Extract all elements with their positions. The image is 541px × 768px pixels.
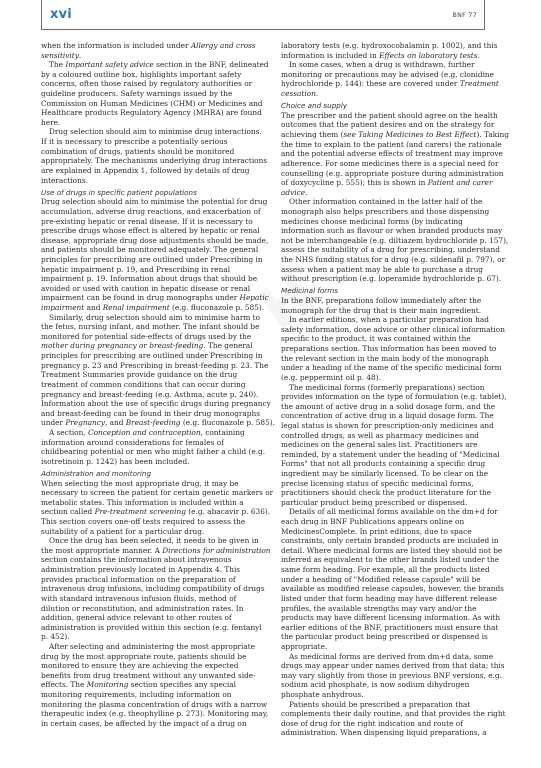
text-line: monograph for the drug that is their mai… <box>281 306 511 316</box>
text-line: medicines choose medicinal forms (by ind… <box>281 217 511 227</box>
text-line: addition, general advice relevant to oth… <box>41 613 271 623</box>
text-line: same form heading. For example, all the … <box>281 565 511 575</box>
page-header: xvi BNF 77 <box>41 0 485 30</box>
text-line: benefits from drug treatment without any… <box>41 671 271 681</box>
text-line: disease, appropriate drug dose adjustmen… <box>41 236 271 246</box>
text-line: earlier editions of the BNF, practitione… <box>281 623 511 633</box>
text-line: drug by the most appropriate route, pati… <box>41 652 271 662</box>
text-line: provides information on the type of form… <box>281 392 511 402</box>
text-line: particular product being prescribed or d… <box>281 498 511 508</box>
text-line: childbearing potential or men who might … <box>41 447 271 457</box>
text-line: the particular product being prescribed … <box>281 632 511 642</box>
text-line: After selecting and administering the mo… <box>41 642 271 652</box>
text-line: monitoring or precautions may be advised… <box>281 70 511 80</box>
text-line: therapeutic index (e.g. theophylline p. … <box>41 709 271 719</box>
text-line: with standard intravenous infusion fluid… <box>41 594 271 604</box>
text-line: complements their daily routine, and tha… <box>281 709 511 719</box>
text-line: under a heading of "Modified release cap… <box>281 575 511 585</box>
text-line: Treatment Summaries provide guidance on … <box>41 370 271 380</box>
left-column: when the information is included under A… <box>41 41 271 728</box>
text-line: reminded, by a statement under the headi… <box>281 450 511 460</box>
text-line: sensitivity. <box>41 51 271 61</box>
text-line: hydrochloride p. 144): these are covered… <box>281 79 511 89</box>
text-line: The prescriber and the patient should ag… <box>281 111 511 121</box>
text-line: drugs may appear under names derived fro… <box>281 661 511 671</box>
text-line: medicines on the general sales list. Pra… <box>281 440 511 450</box>
text-line: practitioners should check the product l… <box>281 488 511 498</box>
text-line: Details of all medicinal forms available… <box>281 507 511 517</box>
text-line: intravenous drug infusions, including co… <box>41 584 271 594</box>
text-line: accumulation, adverse drug reactions, an… <box>41 207 271 217</box>
text-line: appropriately. The mechanisms underlying… <box>41 156 271 166</box>
text-line: monograph also helps prescribers and tho… <box>281 207 511 217</box>
text-line: the most appropriate manner. A Direction… <box>41 546 271 556</box>
text-line: assess the suitability of a drug for pre… <box>281 245 511 255</box>
text-line: hepatic impairment p. 19, and Prescribin… <box>41 265 271 275</box>
text-line: This section covers one-off tests requir… <box>41 517 271 527</box>
text-line: sodium acid phosphate, is now sodium dih… <box>281 680 511 690</box>
text-line: dose of drug for the right indication an… <box>281 719 511 729</box>
text-line: Information about the use of specific dr… <box>41 399 271 409</box>
text-line: impairment can be found in drug monograp… <box>41 293 271 303</box>
text-line: metabolic states. This information is in… <box>41 498 271 508</box>
text-line: achieving them (see Taking Medicines to … <box>281 130 511 140</box>
text-line: In the BNF, preparations follow immediat… <box>281 296 511 306</box>
text-line: suitability of a patient for a particula… <box>41 527 271 537</box>
text-line: isotretinoin p. 1242) has been included. <box>41 457 271 467</box>
section-heading: Administration and monitoring <box>41 469 271 479</box>
text-line: guideline producers. Safety warnings iss… <box>41 89 271 99</box>
text-line: administration previously located in App… <box>41 565 271 575</box>
text-line: listed under that form heading may have … <box>281 594 511 604</box>
text-line: MedicinesComplete. In print editions, du… <box>281 527 511 537</box>
text-line: ingredient may be similarly licensed. To… <box>281 469 511 479</box>
text-line: profiles, the available strengths may va… <box>281 604 511 614</box>
running-head: BNF 77 <box>453 12 477 19</box>
text-line: As medicinal forms are derived from dm+d… <box>281 652 511 662</box>
text-line: In earlier editions, when a particular p… <box>281 315 511 325</box>
text-line: appropriate. <box>281 642 511 652</box>
text-line: products may have different licensing in… <box>281 613 511 623</box>
text-line: advice. <box>281 188 511 198</box>
text-line: pregnancy and breast-feeding (e.g. Asthm… <box>41 390 271 400</box>
text-line: information is included in Effects on la… <box>281 51 511 61</box>
text-line: laboratory tests (e.g. hydroxocobalamin … <box>281 41 511 51</box>
text-line: the NHS funding status for a drug (e.g. … <box>281 255 511 265</box>
text-line: administration. When dispensing liquid p… <box>281 728 511 738</box>
text-line: avoided or used with caution in hepatic … <box>41 284 271 294</box>
text-line: not be interchangeable (e.g. diltiazem h… <box>281 236 511 246</box>
right-column: laboratory tests (e.g. hydroxocobalamin … <box>281 41 511 738</box>
text-line: A section, Conception and contraception,… <box>41 428 271 438</box>
section-heading: Medicinal forms <box>281 286 511 296</box>
text-line: Similarly, drug selection should aim to … <box>41 313 271 323</box>
text-line: preparations section. This information h… <box>281 344 511 354</box>
text-line: precise licensing status of specific med… <box>281 479 511 489</box>
text-line: treatment of common conditions that can … <box>41 380 271 390</box>
text-line: and breast-feeding can be found in their… <box>41 409 271 419</box>
text-line: dilution or reconstitution, and administ… <box>41 604 271 614</box>
text-line: detail. Where medicinal forms are listed… <box>281 546 511 556</box>
text-line: under a heading of the name of the speci… <box>281 363 511 373</box>
text-line: cessation. <box>281 89 511 99</box>
text-line: Healthcare products Regulatory Agency (M… <box>41 108 271 118</box>
text-line: combination of drugs, patients should be… <box>41 147 271 157</box>
text-line: may vary slightly from those in previous… <box>281 671 511 681</box>
text-line: Drug selection should aim to minimise th… <box>41 197 271 207</box>
text-line: necessary to screen the patient for cert… <box>41 488 271 498</box>
text-line: Commission on Human Medicines (CHM) or M… <box>41 99 271 109</box>
text-line: adherence. For some medicines there is a… <box>281 159 511 169</box>
text-line: the time to explain to the patient (and … <box>281 140 511 150</box>
text-line: concerns, often those raised by regulato… <box>41 79 271 89</box>
text-line: information around considerations for fe… <box>41 438 271 448</box>
text-line: section called Pre-treatment screening (… <box>41 507 271 517</box>
text-line: The medicinal forms (formerly preparatio… <box>281 383 511 393</box>
text-line: when the information is included under A… <box>41 41 271 51</box>
text-line: monitored for potential side-effects of … <box>41 332 271 342</box>
text-line: by a coloured outline box, highlights im… <box>41 70 271 80</box>
text-line: the fetus, nursing infant, and mother. T… <box>41 322 271 332</box>
text-line: section contains the information about i… <box>41 555 271 565</box>
text-line: principles for prescribing are outlined … <box>41 351 271 361</box>
text-line: counselling (e.g. appropriate posture du… <box>281 169 511 179</box>
section-heading: Choice and supply <box>281 101 511 111</box>
text-line: provides practical information on the pr… <box>41 575 271 585</box>
text-line: legal status is shown for prescription-o… <box>281 421 511 431</box>
text-line: interactions. <box>41 176 271 186</box>
text-line: Drug selection should aim to minimise dr… <box>41 127 271 137</box>
text-line: outcomes that the patient desires and on… <box>281 120 511 130</box>
text-line: information such as flavour or when bran… <box>281 226 511 236</box>
text-line: effects. The Monitoring section specifie… <box>41 680 271 690</box>
text-line: If it is necessary to prescribe a potent… <box>41 137 271 147</box>
text-line: pregnancy p. 23 and Prescribing in breas… <box>41 361 271 371</box>
text-line: Forms" that not all products containing … <box>281 459 511 469</box>
text-line: constraints, only certain branded produc… <box>281 536 511 546</box>
text-line: concentration of active drug in a liquid… <box>281 411 511 421</box>
text-line: of doxycycline p. 555); this is shown in… <box>281 178 511 188</box>
text-line: the relevant section in the main body of… <box>281 354 511 364</box>
text-line: p. 452). <box>41 632 271 642</box>
text-line: and patients should be monitored adequat… <box>41 245 271 255</box>
text-line: When selecting the most appropriate drug… <box>41 479 271 489</box>
text-line: monitored to ensure they are achieving t… <box>41 661 271 671</box>
text-line: here. <box>41 118 271 128</box>
page-number: xvi <box>50 7 72 22</box>
text-line: specific to the product, it was containe… <box>281 334 511 344</box>
text-line: In some cases, when a drug is withdrawn,… <box>281 60 511 70</box>
text-line: available as modified release capsules, … <box>281 584 511 594</box>
text-line: impairment and Renal impairment (e.g. fl… <box>41 303 271 313</box>
text-line: Once the drug has been selected, it need… <box>41 536 271 546</box>
text-line: administration is provided within this s… <box>41 623 271 633</box>
text-line: without prescription (e.g. loperamide hy… <box>281 274 511 284</box>
text-line: in certain cases, be affected by the imp… <box>41 719 271 729</box>
text-line: principles for prescribing are outlined … <box>41 255 271 265</box>
text-line: Patients should be prescribed a preparat… <box>281 700 511 710</box>
text-line: pre-existing hepatic or renal disease. I… <box>41 217 271 227</box>
text-line: phosphate anhydrous. <box>281 690 511 700</box>
text-line: inferred as equivalent to the other bran… <box>281 555 511 565</box>
text-line: are explained in Appendix 1, followed by… <box>41 166 271 176</box>
text-line: impairment p. 19. Information about drug… <box>41 274 271 284</box>
section-heading: Use of drugs in specific patient populat… <box>41 188 271 198</box>
text-line: the amount of active drug in a solid dos… <box>281 402 511 412</box>
text-line: Other information contained in the latte… <box>281 197 511 207</box>
text-line: safety information, dose advice or other… <box>281 325 511 335</box>
text-line: mother during pregnancy or breast-feedin… <box>41 341 271 351</box>
text-line: under Pregnancy, and Breast-feeding (e.g… <box>41 418 271 428</box>
text-line: monitoring requirements, including infor… <box>41 690 271 700</box>
text-line: prescribe drugs whose effect is altered … <box>41 226 271 236</box>
text-line: and the potential adverse effects of tre… <box>281 149 511 159</box>
text-line: monitoring the plasma concentration of d… <box>41 700 271 710</box>
text-line: The Important safety advice section in t… <box>41 60 271 70</box>
text-line: (e.g. peppermint oil p. 48). <box>281 373 511 383</box>
text-line: each drug in BNF Publications appears on… <box>281 517 511 527</box>
text-line: controlled drugs, as well as pharmacy me… <box>281 431 511 441</box>
text-line: assess when a patient may be able to pur… <box>281 265 511 275</box>
